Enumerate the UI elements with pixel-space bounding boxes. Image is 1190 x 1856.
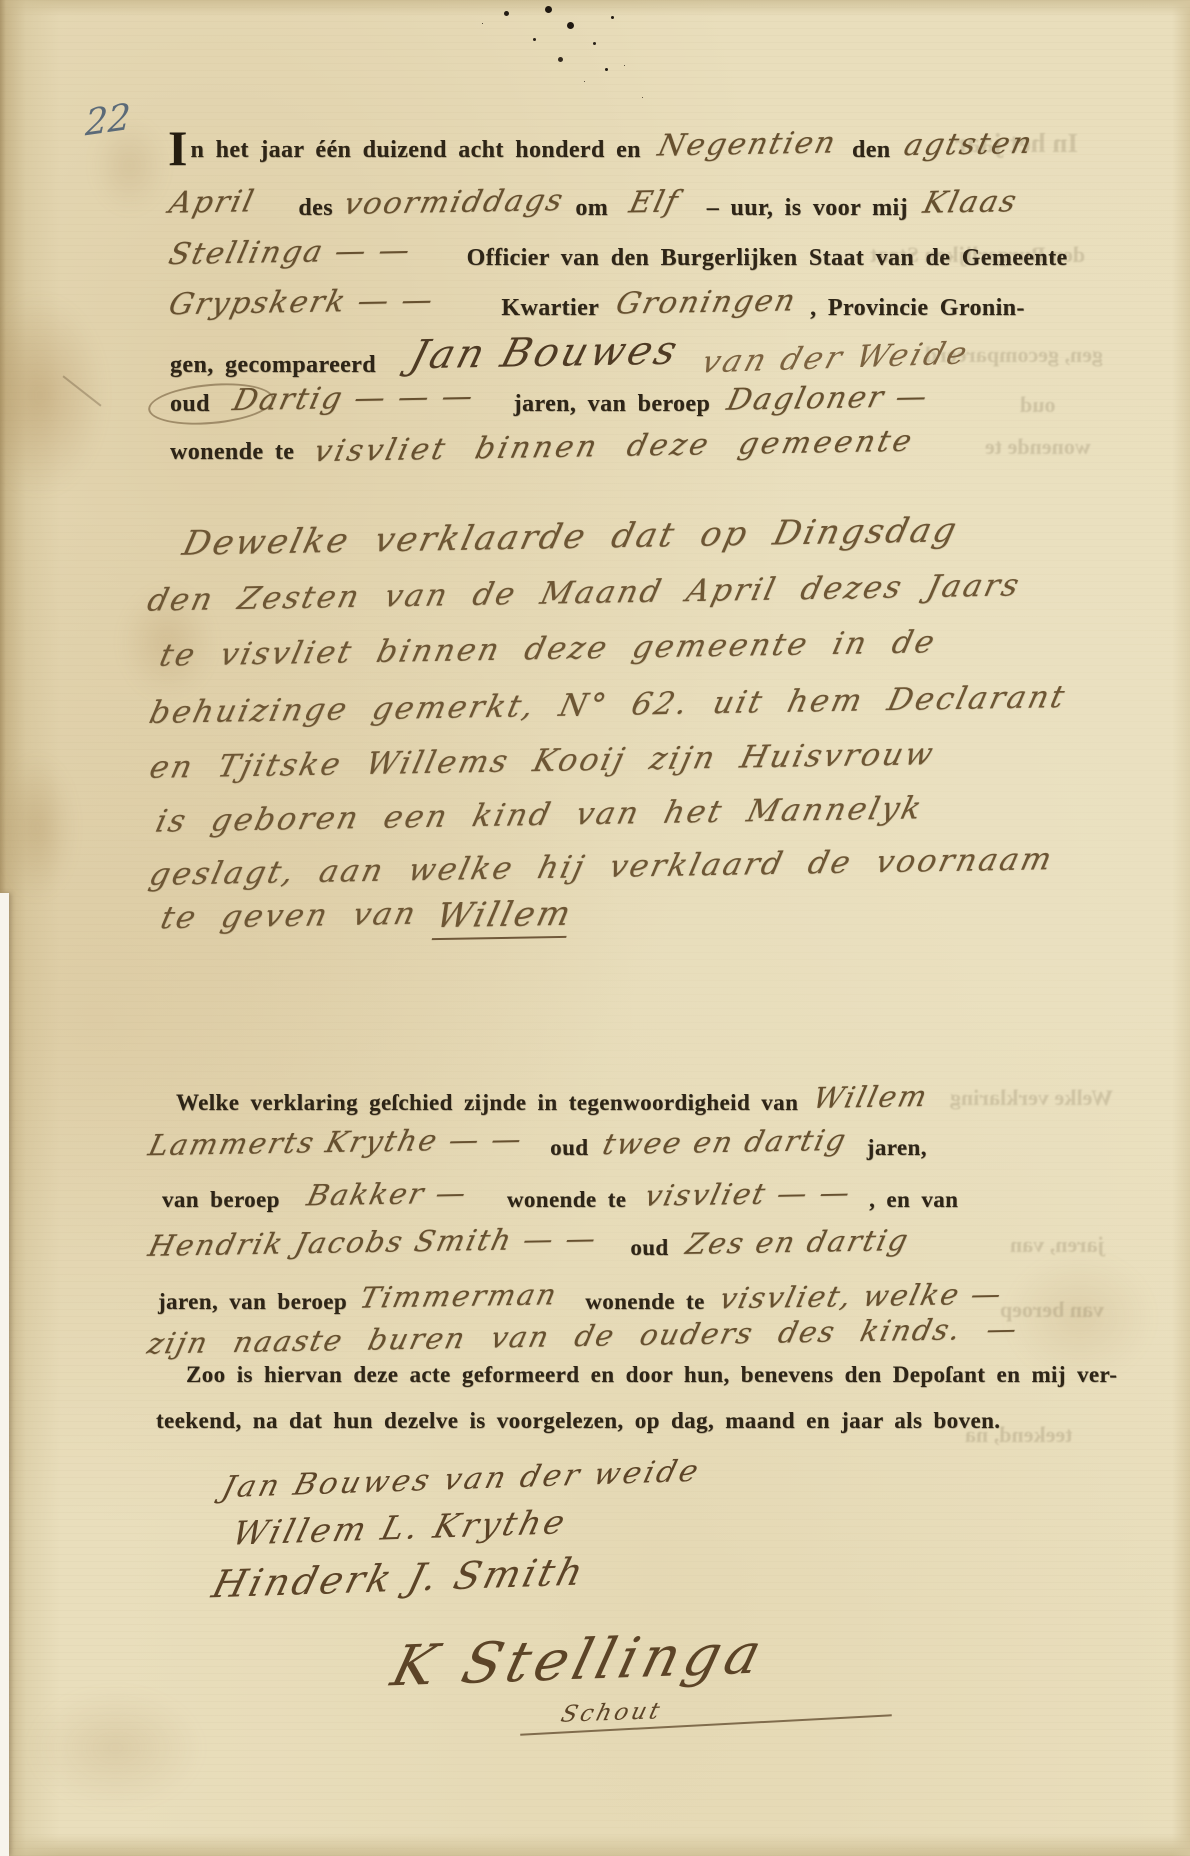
signature-title: Schout: [562, 1700, 661, 1726]
signature-title-text: Schout: [558, 1698, 665, 1727]
opening-line: Stellinga — — Officier van den Burgerlij…: [170, 238, 1068, 273]
printed-text: teekend, na dat hun dezelve is voorgelez…: [156, 1408, 1000, 1433]
opening-line: In het jaar één duizend acht honderd en …: [168, 128, 1032, 168]
handwritten-entry: agtsten: [900, 126, 1036, 163]
handwritten-text: te geven van: [157, 896, 421, 936]
printed-text: den: [852, 137, 891, 163]
witness-line: Hendrik Jacobs Smith — — oud Zes en dart…: [150, 1228, 908, 1262]
declaration-line: te visvliet binnen deze gemeente in de: [162, 634, 934, 670]
signature-willem-krythe: Willem L. Krythe: [235, 1508, 565, 1547]
printed-text: wonende te: [585, 1289, 705, 1314]
printed-text: om: [575, 195, 608, 221]
handwritten-text: behuizinge gemerkt, N° 62. uit hem Decla…: [146, 679, 1070, 731]
bleedthrough-text: wonende te: [985, 434, 1091, 460]
opening-line: Grypskerk — — Kwartier Groningen , Provi…: [170, 288, 1025, 323]
handwritten-entry: Willem: [810, 1079, 932, 1115]
handwritten-entry: Dartig — — —: [229, 379, 478, 418]
stain: [28, 1688, 203, 1808]
handwritten-entry: twee en dartig: [600, 1123, 851, 1161]
handwritten-entry: Dagloner —: [724, 379, 933, 417]
handwritten-entry: van der Weide: [697, 335, 974, 380]
witness-line: van beroep Bakker — wonende te visvliet …: [162, 1180, 958, 1214]
declaration-line: geslagt, aan welke hij verklaard de voor…: [152, 852, 1051, 888]
handwritten-entry: Zes en dartig: [682, 1223, 913, 1261]
signature-text: Jan Bouwes van der weide: [218, 1454, 704, 1505]
declaration-line: en Tjitske Willems Kooij zijn Huisvrouw: [152, 746, 933, 782]
signature-hinderk-smith: Hinderk J. Smith: [215, 1556, 583, 1600]
handwritten-entry: Hendrik Jacobs Smith — —: [145, 1221, 601, 1263]
printed-text: Kwartier: [501, 295, 599, 321]
opening-line: April des voormiddags om Elf – uur, is v…: [170, 188, 1017, 223]
declaration-line: te geven van Willem: [162, 898, 571, 942]
opening-line: gen, gecompareerd Jan Bouwes van der Wei…: [170, 336, 967, 382]
printed-text: , Provincie Gronin-: [810, 295, 1025, 321]
drop-cap: I: [168, 120, 187, 176]
birth-certificate-scan: In het jaar den Burgerlijken Staat gen, …: [0, 0, 1190, 1856]
handwritten-text: en Tjitske Willems Kooij zijn Huisvrouw: [146, 736, 938, 786]
handwritten-entry: Jan Bouwes: [405, 328, 685, 379]
witness-line: jaren, van beroep Timmerman wonende te v…: [158, 1282, 1002, 1316]
handwritten-entry: April: [166, 184, 259, 220]
handwritten-text: te visvliet binnen deze gemeente in de: [156, 624, 940, 673]
printed-text: n het jaar één duizend acht honderd en: [190, 137, 640, 163]
handwritten-text: Dewelke verklaarde dat op Dingsdag: [179, 510, 963, 563]
handwritten-text: is geboren een kind van het Mannelyk: [152, 790, 927, 839]
handwritten-text: den Zesten van de Maand April dezes Jaar…: [144, 567, 1025, 618]
declaration-line: Dewelke verklaarde dat op Dingsdag: [185, 520, 956, 560]
bleedthrough-text: jaren, van: [1010, 1232, 1105, 1258]
printed-text: Officier van den Burgerlijken Staat van …: [467, 245, 1068, 271]
declaration-line: behuizinge gemerkt, N° 62. uit hem Decla…: [152, 690, 1064, 726]
witness-line: Lammerts Krythe — — oud twee en dartig j…: [150, 1128, 927, 1162]
printed-text: jaren, van beroep: [514, 391, 711, 417]
handwritten-entry: Klaas: [920, 184, 1022, 221]
handwritten-entry: Elf: [626, 185, 683, 221]
handwritten-entry: Groningen: [613, 283, 801, 321]
printed-text: Zoo is hiervan deze acte geformeerd en d…: [186, 1362, 1117, 1387]
printed-text: oud: [170, 391, 210, 417]
handwritten-entry: voormiddags: [340, 183, 567, 222]
handwritten-entry: visvliet — —: [642, 1175, 855, 1213]
handwritten-entry: zijn naaste buren van de ouders des kind…: [144, 1311, 1022, 1360]
printed-text: jaren,: [867, 1135, 927, 1160]
signature-stellinga: K Stellinga: [395, 1628, 763, 1693]
printed-text: van beroep: [162, 1187, 280, 1212]
handwritten-entry: Negentien: [655, 125, 841, 163]
signature-text: K Stellinga: [385, 1622, 773, 1700]
opening-line: oud Dartig — — — jaren, van beroep Daglo…: [170, 384, 928, 419]
declaration-line: den Zesten van de Maand April dezes Jaar…: [150, 578, 1019, 614]
printed-text: wonende te: [170, 439, 294, 465]
witness-line: zijn naaste buren van de ouders des kind…: [150, 1322, 1016, 1356]
handwritten-entry: Lammerts Krythe — —: [145, 1122, 527, 1162]
ink-spatter: [545, 6, 552, 13]
stain: [0, 755, 75, 900]
handwritten-entry: Grypskerk — —: [165, 283, 438, 323]
handwritten-entry: visvliet binnen deze gemeente: [311, 424, 918, 469]
act-number: 22: [84, 97, 131, 145]
printed-text: oud: [630, 1235, 668, 1260]
opening-line: wonende te visvliet binnen deze gemeente: [170, 432, 913, 467]
printed-text: Welke verklaring geſchied zijnde in tege…: [176, 1090, 798, 1115]
witness-line: Welke verklaring geſchied zijnde in tege…: [176, 1083, 928, 1117]
handwritten-entry: Timmerman: [357, 1277, 562, 1314]
printed-text: des: [298, 195, 333, 221]
bleedthrough-text: oud: [1020, 392, 1055, 418]
signature-text: Hinderk J. Smith: [208, 1550, 591, 1607]
signature-jan-bouwes: Jan Bouwes van der weide: [225, 1462, 698, 1497]
page-edge: [0, 893, 9, 1856]
printed-text: jaren, van beroep: [158, 1289, 347, 1314]
printed-text: gen, gecompareerd: [170, 352, 376, 378]
child-name: Willem: [431, 894, 576, 940]
closing-line: teekend, na dat hun dezelve is voorgelez…: [156, 1408, 1000, 1434]
printed-text: oud: [550, 1135, 588, 1160]
handwritten-entry: visvliet, welke —: [716, 1277, 1006, 1316]
printed-text: – uur, is voor mij: [707, 195, 908, 221]
handwritten-text: geslagt, aan welke hij verklaard de voor…: [146, 841, 1057, 893]
signature-text: Willem L. Krythe: [229, 1502, 572, 1553]
printed-text: wonende te: [507, 1187, 627, 1212]
bleedthrough-text: Welke verklaring: [950, 1085, 1113, 1111]
handwritten-entry: Bakker —: [304, 1176, 472, 1213]
handwritten-entry: Stellinga — —: [165, 233, 415, 272]
closing-line: Zoo is hiervan deze acte geformeerd en d…: [186, 1362, 1117, 1388]
printed-text: , en van: [869, 1187, 958, 1212]
declaration-line: is geboren een kind van het Mannelyk: [158, 800, 921, 836]
